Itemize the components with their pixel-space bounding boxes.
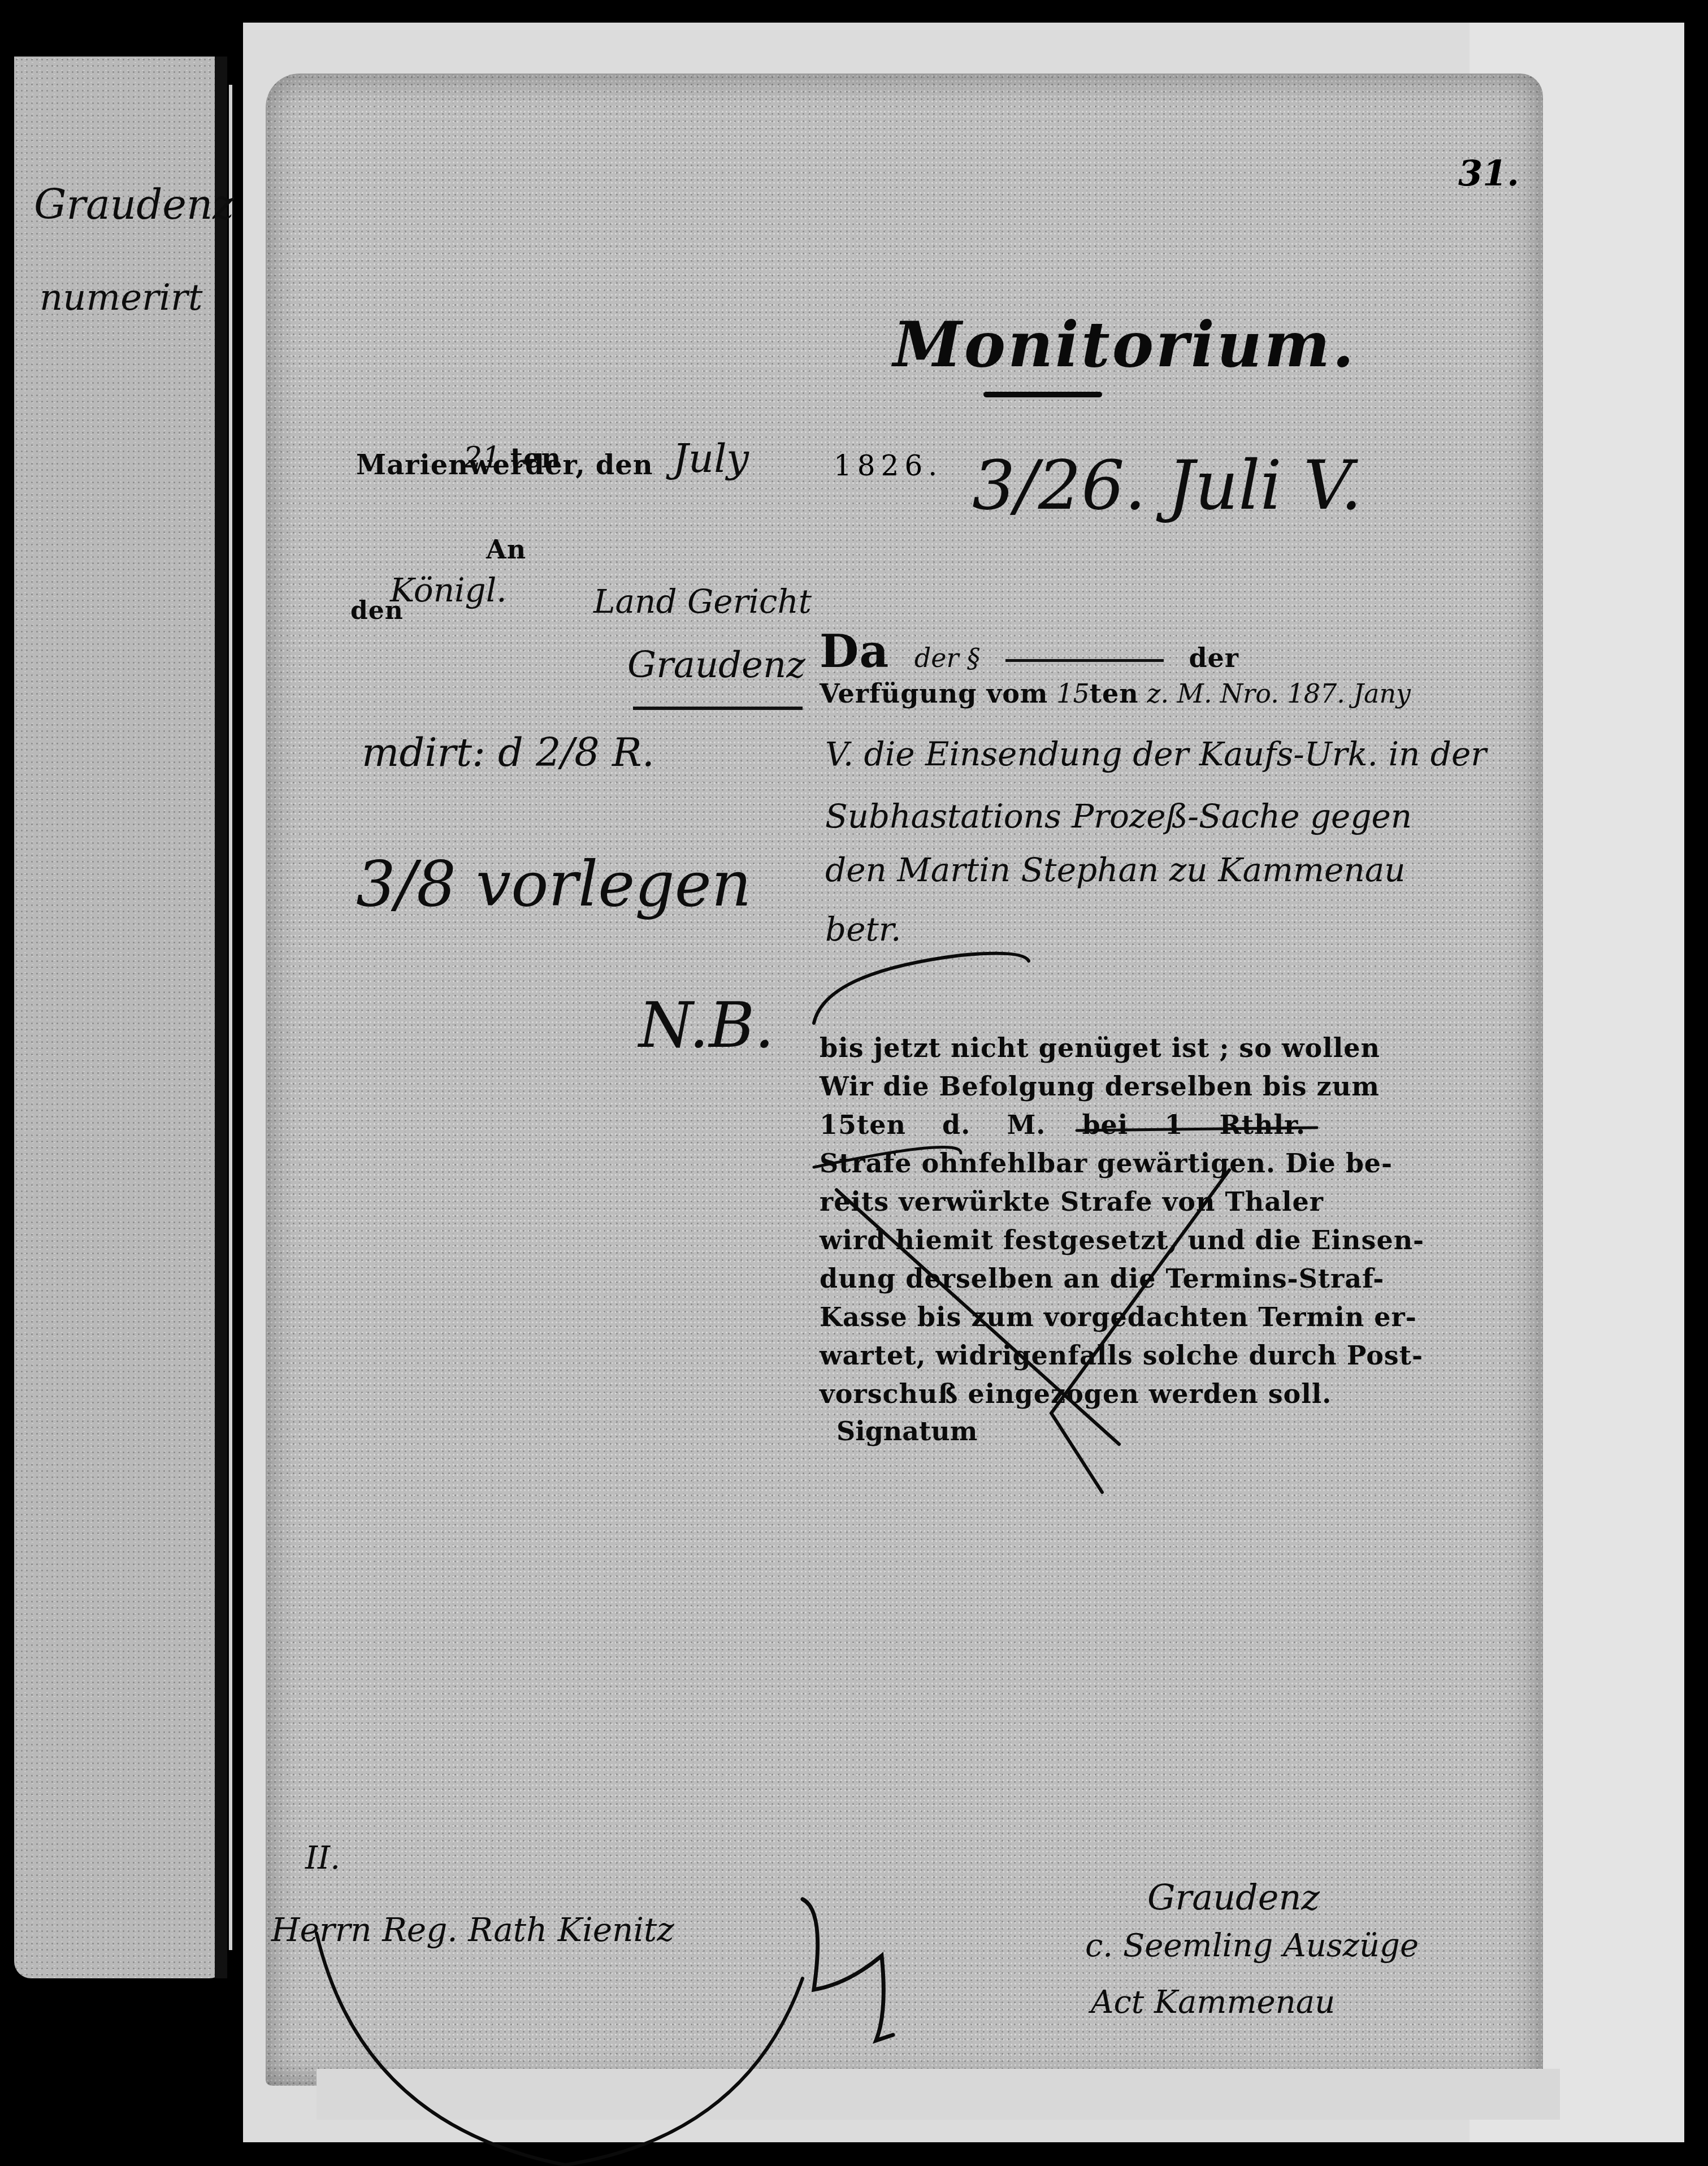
printed-der: der: [1189, 643, 1239, 673]
strip-light-edge: [229, 85, 232, 1950]
initial-da: Da: [820, 625, 889, 678]
date-month-handwritten: July: [673, 435, 749, 482]
folio-number: 31.: [1458, 153, 1519, 194]
printed-text-block: bis jetzt nicht genüget ist ; so wollen …: [820, 1029, 1306, 1413]
document-title: Monitorium.: [893, 308, 1356, 381]
printed-line: reits verwürkte Strafe von Thaler: [820, 1182, 1306, 1221]
bottom-right-line-3: Act Kammenau: [1091, 1984, 1335, 2021]
day-suffix: ten: [510, 443, 562, 474]
year: 1826.: [834, 449, 943, 482]
blank-rule: [1005, 659, 1164, 662]
addressee-line-2: Land Gericht: [593, 582, 812, 621]
handwritten-line-4: betr.: [825, 910, 901, 948]
title-underline: [983, 392, 1102, 397]
roman-numeral-mark: II.: [305, 1840, 340, 1877]
printed-line: 15ten d. M. bei 1 Rthlr.: [820, 1106, 1306, 1144]
printed-line: Strafe ohnfehlbar gewärtigen. Die be-: [820, 1144, 1306, 1182]
addressee-line-1: Königl.: [390, 571, 507, 609]
printed-line: wird hiemit festgesetzt, und die Einsen-: [820, 1221, 1306, 1259]
strip-shadow-edge: [215, 57, 227, 1978]
margin-note-vorlegen: 3/8 vorlegen: [356, 848, 752, 920]
date-day-handwritten: 21 ten: [463, 441, 561, 475]
signature-left: Herrn Reg. Rath Kienitz: [271, 1911, 674, 1949]
hand-day: 15: [1056, 678, 1090, 709]
printed-line: Kasse bis zum vorgedachten Termin er-: [820, 1298, 1306, 1336]
strip-note-graudenz: Graudenz: [34, 181, 234, 228]
printed-line: dung derselben an die Termins-Straf-: [820, 1259, 1306, 1298]
body-line-2: Verfügung vom 15ten z. M. Nro. 187. Jany: [820, 678, 1306, 709]
nota-bene-mark: N.B.: [639, 989, 774, 1062]
bottom-right-line-1: Graudenz: [1147, 1877, 1320, 1918]
printed-verfuegung: Verfügung vom: [820, 678, 1048, 709]
addressee-line-3: Graudenz: [627, 644, 805, 686]
margin-note-mdirt: mdirt: d 2/8 R.: [362, 729, 654, 776]
strip-note-numerirt: numerirt: [40, 277, 202, 319]
hand-reference: z. M. Nro. 187. Jany: [1147, 678, 1411, 709]
printed-line: wartet, widrigenfalls solche durch Post-: [820, 1336, 1306, 1375]
printed-line: bis jetzt nicht genüget ist ; so wollen: [820, 1029, 1306, 1067]
hand-paragraph: der §: [914, 643, 980, 673]
handwritten-line-1: V. die Einsendung der Kaufs-Urk. in der: [825, 735, 1486, 773]
bottom-margin-strip: [317, 2069, 1560, 2120]
handwritten-line-3: den Martin Stephan zu Kammenau: [825, 851, 1406, 889]
printed-line: Wir die Befolgung derselben bis zum: [820, 1067, 1306, 1106]
left-folded-strip: [14, 57, 226, 1978]
handwritten-line-2: Subhastations Prozeß-Sache gegen: [825, 797, 1412, 835]
body-line-1: Da der § der: [820, 625, 1306, 678]
day-value: 21: [463, 441, 501, 475]
an-label: An: [486, 534, 526, 565]
printed-line: vorschuß eingezogen werden soll.: [820, 1375, 1306, 1413]
printed-ten: ten: [1090, 678, 1139, 709]
bottom-right-line-2: c. Seemling Auszüge: [1085, 1927, 1419, 1964]
signatum-label: Signatum: [836, 1416, 977, 1446]
received-date-note: 3/26. Juli V.: [972, 447, 1362, 525]
addressee-underline: [633, 707, 803, 710]
